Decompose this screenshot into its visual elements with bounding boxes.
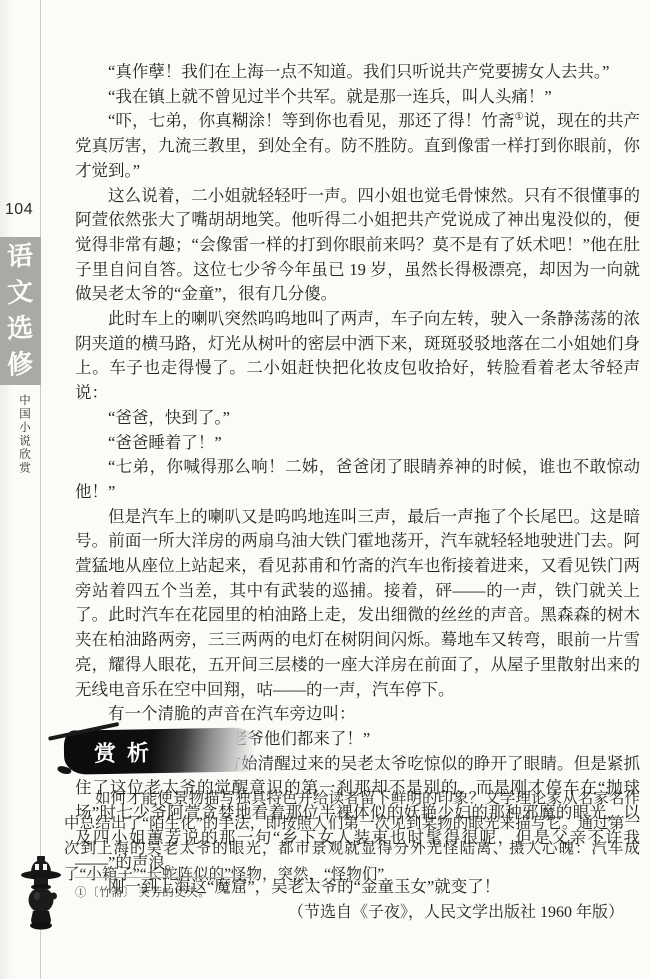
series-band: 语 文 选 修 — [0, 237, 41, 385]
excerpt-paragraph: “七弟，你喊得那么响！二姊，爸爸闭了眼睛养神的时候，谁也不敢惊动他！” — [75, 455, 640, 504]
margin-rule — [40, 0, 41, 979]
band-char: 选 — [7, 315, 34, 343]
band-char: 文 — [7, 279, 34, 307]
footnote-text: ①〔竹斋〕 芙芳的丈夫。 — [75, 884, 210, 900]
excerpt-paragraph: 但是汽车上的喇叭又是呜呜地连叫三声，最后一声拖了个长尾巴。这是暗号。前面一所大洋… — [75, 505, 640, 703]
band-char: 修 — [7, 351, 34, 379]
excerpt-paragraph: 此时车上的喇叭突然呜呜地叫了两声，车子向左转，驶入一条静荡荡的浓阴夹道的横马路，… — [75, 307, 640, 406]
excerpt-paragraph: 有一个清脆的声音在汽车旁边叫： — [75, 702, 640, 727]
band-char: 语 — [7, 243, 34, 271]
excerpt-paragraph: “真作孽！我们在上海一点不知道。我们只听说共产党要掳女人去共。” — [75, 60, 640, 85]
excerpt-paragraph: “我在镇上就不曾见过半个共军。就是那一连兵，叫人头痛！” — [75, 85, 640, 110]
analysis-section: 赏析 如何才能使景物描写独具特色并给读者留下鲜明的印象？文学理论家从名家名作中总… — [64, 729, 640, 887]
oil-lamp-icon — [20, 856, 62, 936]
footnote-ref-marker: ① — [515, 112, 524, 123]
excerpt-paragraph: “爸爸，快到了。” — [75, 406, 640, 431]
paragraph-segment: “吓，七弟，你真糊涂！等到你也看见，那还了得！竹斋 — [108, 111, 515, 130]
series-subtitle: 中国小说欣赏 — [16, 394, 32, 475]
excerpt-paragraph: “爸爸睡着了！” — [75, 431, 640, 456]
analysis-header-brush: 赏析 — [64, 727, 261, 774]
excerpt-paragraph: “吓，七弟，你真糊涂！等到你也看见，那还了得！竹斋①说，现在的共产党真厉害，九流… — [75, 109, 640, 183]
textbook-page: 104 语 文 选 修 中国小说欣赏 “真作孽！我们在上海一点不知道。我们只听说… — [0, 0, 650, 979]
page-number: 104 — [0, 201, 38, 219]
analysis-header-label: 赏析 — [94, 736, 161, 768]
source-attribution: （节选自《子夜》，人民文学出版社 1960 年版） — [75, 901, 640, 926]
analysis-paragraph: 如何才能使景物描写独具特色并给读者留下鲜明的印象？文学理论家从名家名作中总结出了… — [64, 786, 640, 887]
excerpt-paragraph: 这么说着，二小姐就轻轻吁一声。四小姐也觉毛骨悚然。只有不很懂事的阿萱依然张大了嘴… — [75, 184, 640, 308]
footnote-divider — [75, 877, 252, 878]
